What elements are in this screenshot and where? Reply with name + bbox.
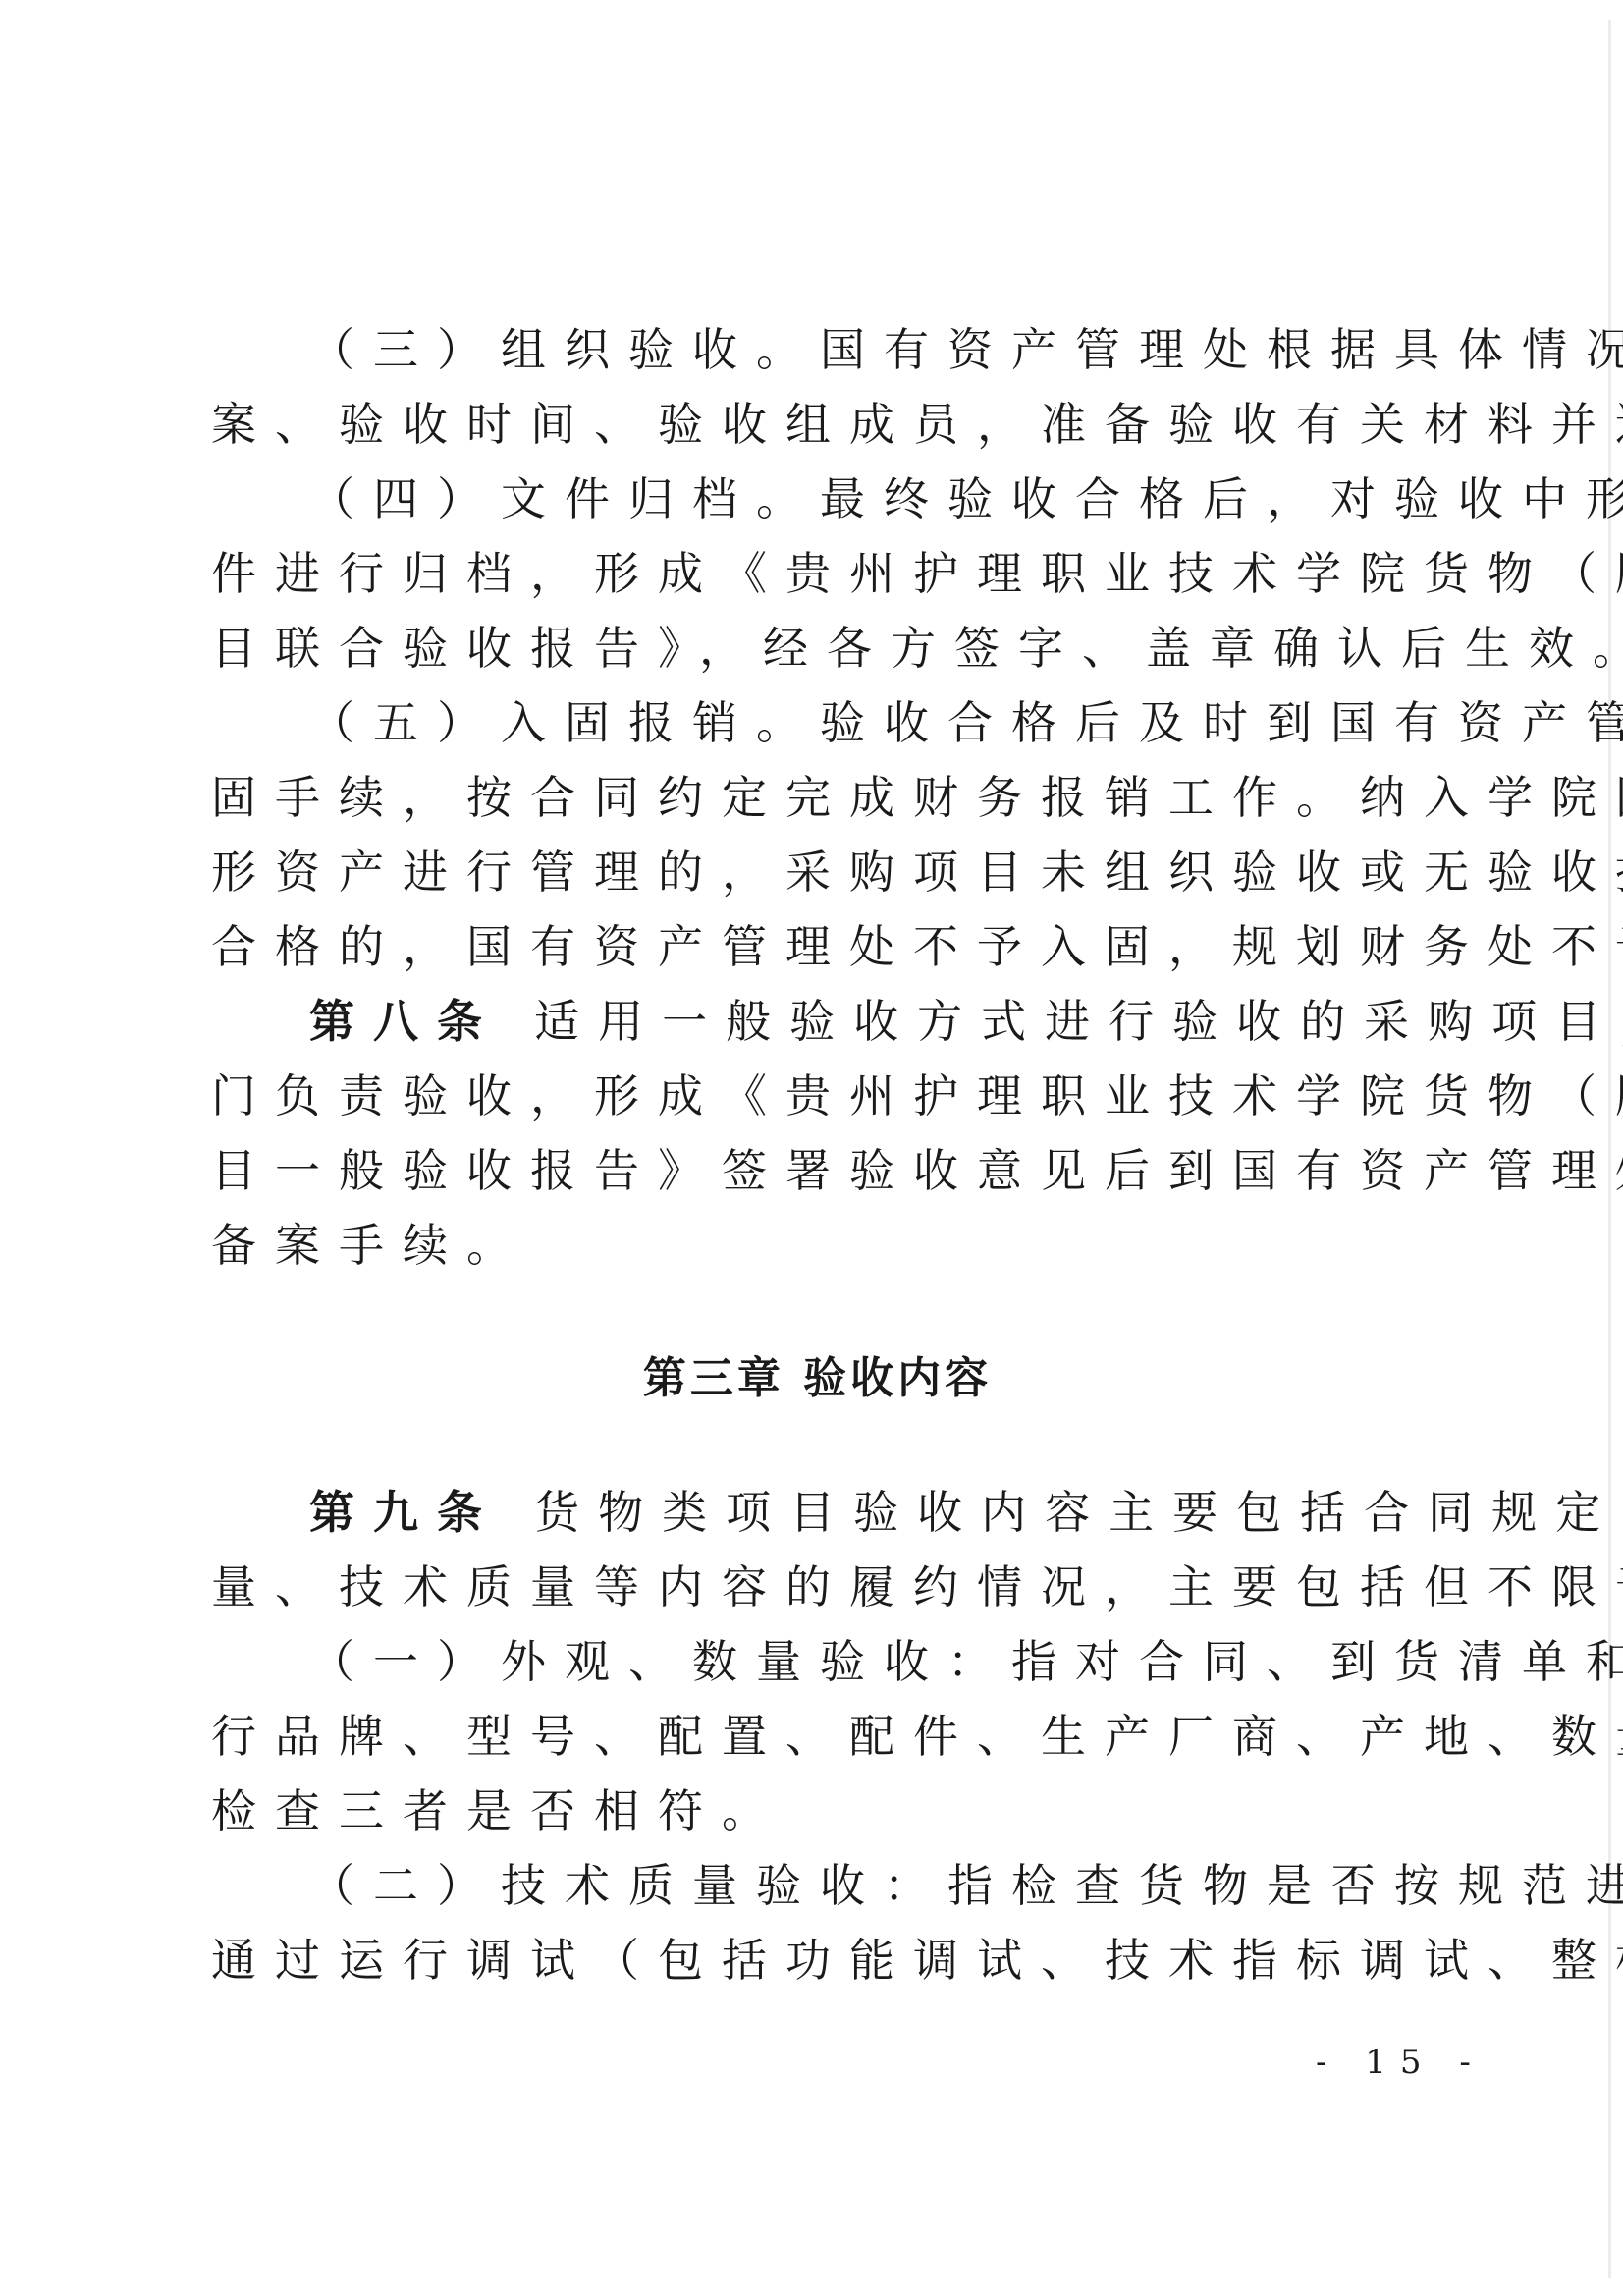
text-line: 固手续，按合同约定完成财务报销工作。纳入学院固定资产和无 bbox=[211, 760, 1424, 835]
article-label: 第八条 bbox=[309, 995, 501, 1048]
text-line: 货物类项目验收内容主要包括合同规定的外观数 bbox=[534, 1486, 1623, 1539]
text-line: （三）组织验收。国有资产管理处根据具体情况确定验收方 bbox=[211, 312, 1424, 387]
text-line: 适用一般验收方式进行验收的采购项目，由使用部 bbox=[534, 995, 1623, 1048]
text-line: 门负责验收，形成《贵州护理职业技术学院货物（服务）采购项 bbox=[211, 1059, 1424, 1133]
text-line: 目联合验收报告》，经各方签字、盖章确认后生效。 bbox=[211, 611, 1424, 685]
paragraph-acceptance-organize: （三）组织验收。国有资产管理处根据具体情况确定验收方 案、验收时间、验收组成员，… bbox=[211, 312, 1424, 462]
text-line: 备案手续。 bbox=[211, 1208, 1424, 1283]
text-line: 件进行归档，形成《贵州护理职业技术学院货物（服务）采购项 bbox=[211, 536, 1424, 611]
text-line: （二）技术质量验收：指检查货物是否按规范进行安装，并 bbox=[211, 1848, 1424, 1923]
article-9: 第九条 货物类项目验收内容主要包括合同规定的外观数 量、技术质量等内容的履约情况… bbox=[211, 1475, 1424, 1624]
text-line: （一）外观、数量验收：指对合同、到货清单和实物三者进 bbox=[211, 1624, 1424, 1699]
chapter-heading: 第三章 验收内容 bbox=[211, 1341, 1424, 1416]
paragraph-file-archive: （四）文件归档。最终验收合格后，对验收中形成的相关文 件进行归档，形成《贵州护理… bbox=[211, 462, 1424, 685]
text-line: 通过运行调试（包括功能调试、技术指标调试、整机统调等）和 bbox=[211, 1923, 1424, 1997]
text-line: 形资产进行管理的，采购项目未组织验收或无验收报告、验收不 bbox=[211, 835, 1424, 909]
text-line: （四）文件归档。最终验收合格后，对验收中形成的相关文 bbox=[211, 462, 1424, 536]
document-page: （三）组织验收。国有资产管理处根据具体情况确定验收方 案、验收时间、验收组成员，… bbox=[211, 312, 1424, 1997]
text-line: 行品牌、型号、配置、配件、生产厂商、产地、数量等的核对， bbox=[211, 1699, 1424, 1774]
article-8: 第八条 适用一般验收方式进行验收的采购项目，由使用部 门负责验收，形成《贵州护理… bbox=[211, 984, 1424, 1283]
paragraph-technical-quality: （二）技术质量验收：指检查货物是否按规范进行安装，并 通过运行调试（包括功能调试… bbox=[211, 1848, 1424, 1997]
text-line: 检查三者是否相符。 bbox=[211, 1774, 1424, 1848]
article-label: 第九条 bbox=[309, 1486, 501, 1539]
text-line: （五）入固报销。验收合格后及时到国有资产管理处办理入 bbox=[211, 685, 1424, 760]
text-line: 案、验收时间、验收组成员，准备验收有关材料并通知相关人员。 bbox=[211, 387, 1424, 462]
text-line: 合格的，国有资产管理处不予入固，规划财务处不予报销。 bbox=[211, 909, 1424, 984]
paragraph-appearance-quantity: （一）外观、数量验收：指对合同、到货清单和实物三者进 行品牌、型号、配置、配件、… bbox=[211, 1624, 1424, 1848]
text-line: 目一般验收报告》签署验收意见后到国有资产管理处办理入固和 bbox=[211, 1133, 1424, 1208]
text-line: 量、技术质量等内容的履约情况，主要包括但不限于以下内容： bbox=[211, 1550, 1424, 1624]
page-number: - 15 - bbox=[1316, 2043, 1485, 2082]
paragraph-asset-reimbursement: （五）入固报销。验收合格后及时到国有资产管理处办理入 固手续，按合同约定完成财务… bbox=[211, 685, 1424, 984]
